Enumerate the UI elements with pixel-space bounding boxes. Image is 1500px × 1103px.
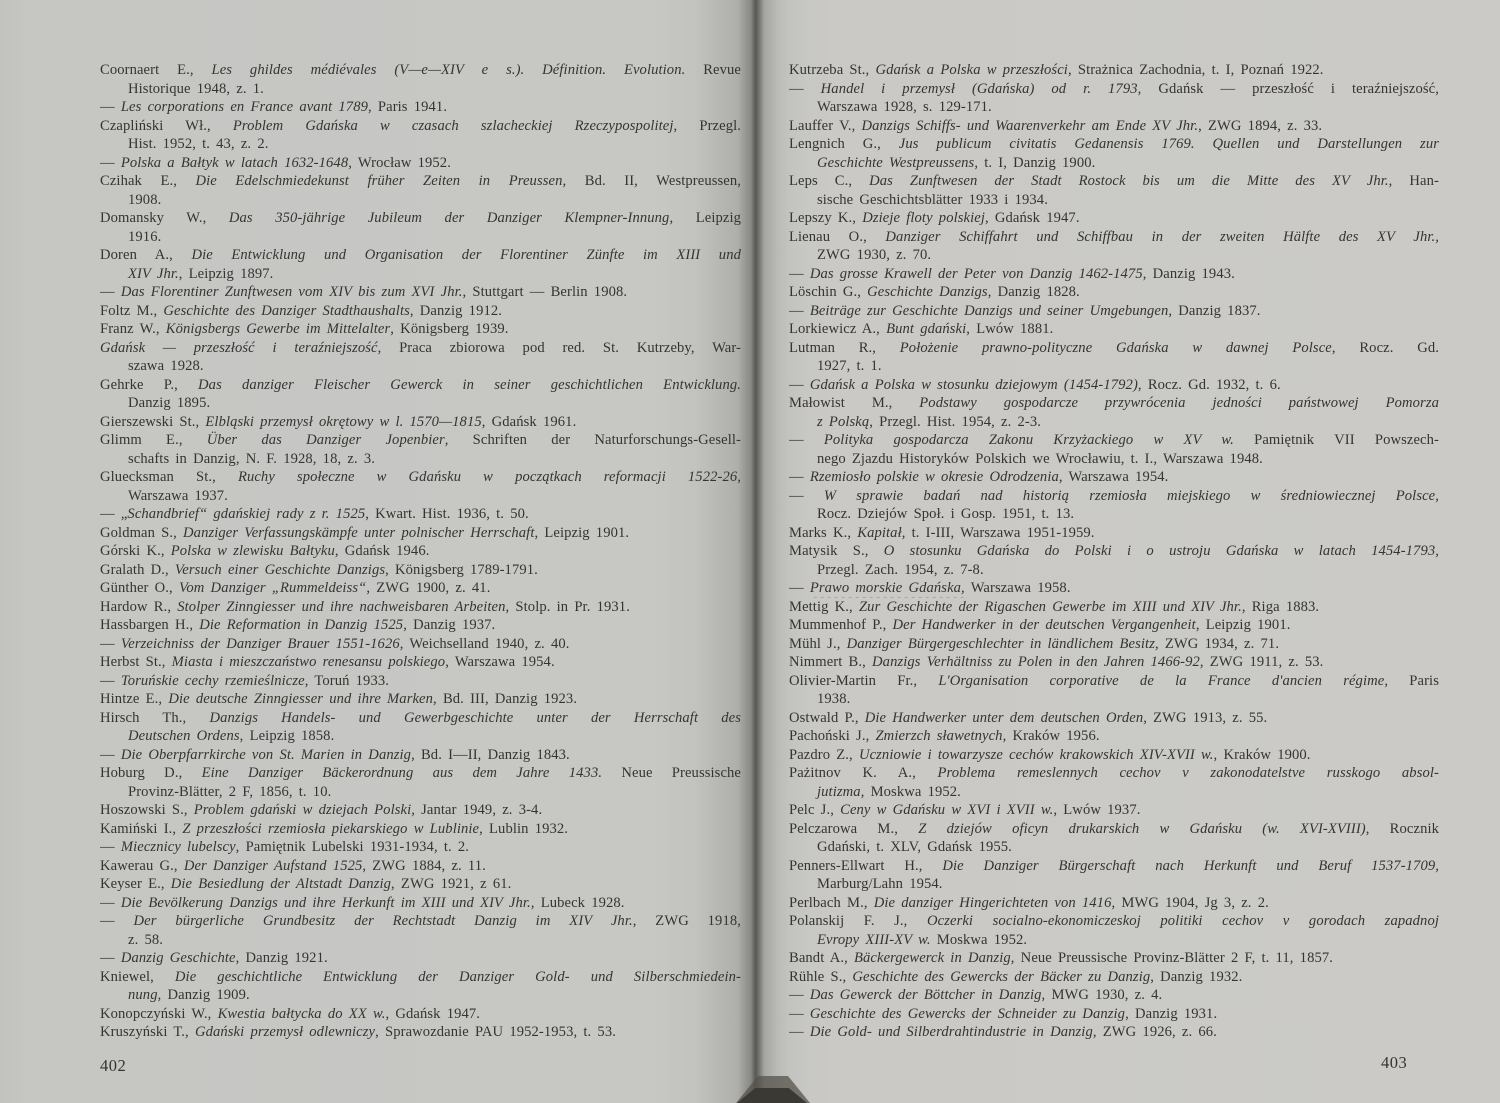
text-roman: Domansky W.,	[100, 210, 229, 226]
text-roman: Konopczyński W.,	[100, 1006, 218, 1022]
text-roman: —	[789, 377, 810, 393]
bib-line: — W sprawie badań nad historią rzemiosła…	[789, 487, 1439, 506]
text-roman: Pelc J.,	[789, 802, 840, 818]
title-italic: Das Zunftwesen der Stadt Rostock bis um …	[869, 173, 1389, 189]
text-roman: , Stolp. in Pr. 1931.	[506, 599, 630, 615]
text-roman: Foltz M.,	[100, 303, 163, 319]
text-roman: , MWG 1904, Jg 3, z. 2.	[1111, 895, 1268, 911]
bib-line: 1908.	[100, 191, 741, 210]
bib-line: Evropy XIII-XV w. Moskwa 1952.	[789, 931, 1439, 950]
text-roman: —	[100, 839, 121, 855]
text-roman: , ZWG 1918,	[633, 913, 741, 929]
text-roman: , ZWG 1921, z 61.	[391, 876, 511, 892]
bib-line: Gdański, t. XLV, Gdańsk 1955.	[789, 838, 1439, 857]
title-italic: Zur Geschichte der Rigaschen Gewerbe im …	[859, 599, 1242, 615]
text-roman: , Kraków 1956.	[1003, 728, 1100, 744]
bib-line: Provinz-Blätter, 2 F, 1856, t. 10.	[100, 783, 741, 802]
title-italic: Vom Danziger „Rummeldeiss“	[179, 580, 366, 596]
text-roman: , ZWG 1884, z. 11.	[362, 858, 486, 874]
bib-line: Ostwald P., Die Handwerker unter dem deu…	[789, 709, 1439, 728]
title-italic: Kwestia bałtycka do XX w.	[218, 1006, 386, 1022]
title-italic: jutizma	[817, 784, 861, 800]
title-italic: L'Organisation corporative de la France …	[938, 673, 1384, 689]
title-italic: Gdańsk a Polska w przeszłości	[875, 62, 1068, 78]
bib-line: Kamiński I., Z przeszłości rzemiosła pie…	[100, 820, 741, 839]
bib-line: — „Schandbrief“ gdańskiej rady z r. 1525…	[100, 505, 741, 524]
text-roman: , Riga 1883.	[1242, 599, 1319, 615]
text-roman: Löschin G.,	[789, 284, 867, 300]
bib-line: — Prawo morskie Gdańska, Warszawa 1958.	[789, 579, 1439, 598]
bib-line: 1938.	[789, 690, 1439, 709]
text-roman: szawa 1928.	[128, 358, 204, 374]
bib-line: Günther O., Vom Danziger „Rummeldeiss“, …	[100, 579, 741, 598]
text-roman: Pazdro Z.,	[789, 747, 859, 763]
bib-line: Glimm E., Über das Danziger Jopenbier, S…	[100, 431, 741, 450]
bib-line: — Verzeichniss der Danziger Brauer 1551-…	[100, 635, 741, 654]
bib-line: Lauffer V., Danzigs Schiffs- und Waarenv…	[789, 117, 1439, 136]
text-roman: , Gdańsk 1947.	[985, 210, 1080, 226]
text-roman: Pachoński J.,	[789, 728, 875, 744]
bib-line: Pachoński J., Zmierzch sławetnych, Krakó…	[789, 727, 1439, 746]
text-roman: , Pamiętnik Lubelski 1931-1934, t. 2.	[236, 839, 469, 855]
title-italic: Evropy XIII-XV w.	[817, 932, 931, 948]
title-italic: Z dziejów oficyn drukarskich w Gdańsku (…	[918, 821, 1366, 837]
text-roman: , Neue Preussische Provinz-Blätter 2 F, …	[1011, 950, 1333, 966]
text-roman: — „	[100, 506, 127, 522]
text-roman: Czapliński Wł.,	[100, 118, 233, 134]
bibliography-column-left: Coornaert E., Les ghildes médiévales (V—…	[100, 61, 741, 1042]
title-italic: Rzemiosło polskie w okresie Odrodzenia	[810, 469, 1059, 485]
title-italic: XIV Jhr.	[128, 266, 179, 282]
text-roman: —	[100, 284, 121, 300]
text-roman: Revue	[703, 62, 741, 78]
text-roman: Rocz. Dziejów Społ. i Gosp. 1951, t. 13.	[817, 506, 1074, 522]
text-roman: , Gdańsk 1947.	[385, 1006, 480, 1022]
title-italic: Uczniowie i towarzysze cechów krakowskic…	[859, 747, 1214, 763]
text-roman: ZWG 1930, z. 70.	[817, 247, 931, 263]
bib-line: Foltz M., Geschichte des Danziger Stadth…	[100, 302, 741, 321]
page-number-left: 402	[100, 1056, 126, 1076]
title-italic: Elbląski przemysł okrętowy w l. 1570—181…	[205, 414, 481, 430]
title-italic: Die Besiedlung der Altstadt Danzig	[171, 876, 391, 892]
text-roman: Danzig 1895.	[128, 395, 210, 411]
text-roman: Neue Preussische	[602, 765, 741, 781]
text-roman: , Sprawozdanie PAU 1952-1953, t. 53.	[375, 1024, 616, 1040]
title-italic: Danzigs Verhältniss zu Polen in den Jahr…	[872, 654, 1200, 670]
text-roman: , Gdańsk — przeszłość i teraźniejszość,	[1138, 81, 1439, 97]
bib-line: Bandt A., Bäckergewerck in Danzig, Neue …	[789, 949, 1439, 968]
text-roman: Marks K.,	[789, 525, 857, 541]
bib-line: Hintze E., Die deutsche Zinngiesser und …	[100, 690, 741, 709]
title-italic: Die danziger Hingerichteten von 1416	[874, 895, 1112, 911]
title-italic: Bäckergewerck in Danzig	[854, 950, 1011, 966]
text-roman: Hoburg D.,	[100, 765, 202, 781]
text-roman: —	[789, 81, 821, 97]
text-roman: Czihak E.,	[100, 173, 196, 189]
text-roman: , Lwów 1937.	[1053, 802, 1140, 818]
text-roman: z. 58.	[128, 932, 163, 948]
title-italic: Danzigs Schiffs- und Waarenverkehr am En…	[861, 118, 1198, 134]
bib-line: nego Zjazdu Historyków Polskich we Wrocł…	[789, 450, 1439, 469]
text-roman: , Danzig 1828.	[988, 284, 1080, 300]
bib-line: — Das Florentiner Zunftwesen vom XIV bis…	[100, 283, 741, 302]
bib-line: Coornaert E., Les ghildes médiévales (V—…	[100, 61, 741, 80]
text-roman: , Praca zbiorowa pod red. St. Kutrzeby, …	[378, 340, 741, 356]
text-roman: , Moskwa 1952.	[861, 784, 961, 800]
title-italic: Geschichte Westpreussens	[817, 155, 974, 171]
title-italic: Das grosse Krawell der Peter von Danzig …	[810, 266, 1143, 282]
title-italic: Schandbrief“ gdańskiej rady z r. 1525	[127, 506, 365, 522]
text-roman: , Leipzig 1858.	[240, 728, 335, 744]
bib-line: XIV Jhr., Leipzig 1897.	[100, 265, 741, 284]
text-roman: 1938.	[817, 691, 850, 707]
text-roman: Matysik S.,	[789, 543, 884, 559]
bib-line: Doren A., Die Entwicklung und Organisati…	[100, 246, 741, 265]
bib-line: Goldman S., Danziger Verfassungskämpfe u…	[100, 524, 741, 543]
text-roman: , Danzig 1937.	[403, 617, 495, 633]
text-roman: , ZWG 1913, z. 55.	[1143, 710, 1267, 726]
text-roman: , t. I, Danzig 1900.	[974, 155, 1095, 171]
text-roman: 1916.	[128, 229, 161, 245]
text-roman: , Danzig 1932.	[1150, 969, 1242, 985]
bib-line: Kutrzeba St., Gdańsk a Polska w przeszło…	[789, 61, 1439, 80]
bib-line: — Der bürgerliche Grundbesitz der Rechts…	[100, 912, 741, 931]
title-italic: Oczerki socialno-ekonomiczeskoj politiki…	[927, 913, 1439, 929]
text-roman: , Kwart. Hist. 1936, t. 50.	[365, 506, 528, 522]
bib-line: Mühl J., Danziger Bürgergeschlechter in …	[789, 635, 1439, 654]
text-roman: Kawerau G.,	[100, 858, 184, 874]
page-number-right: 403	[1381, 1053, 1407, 1073]
bib-line: jutizma, Moskwa 1952.	[789, 783, 1439, 802]
text-roman: Małowist M.,	[789, 395, 919, 411]
text-roman: Moskwa 1952.	[931, 932, 1028, 948]
text-roman: —	[100, 99, 121, 115]
text-roman: , MWG 1930, z. 4.	[1042, 987, 1163, 1003]
bib-line: Lutman R., Położenie prawno-polityczne G…	[789, 339, 1439, 358]
bib-line: — Das grosse Krawell der Peter von Danzi…	[789, 265, 1439, 284]
bib-line: Konopczyński W., Kwestia bałtycka do XX …	[100, 1005, 741, 1024]
text-roman: , Königsberg 1939.	[390, 321, 508, 337]
bib-line: Hirsch Th., Danzigs Handels- und Gewerbg…	[100, 709, 741, 728]
bib-line: z. 58.	[100, 931, 741, 950]
text-roman: Lengnich G.,	[789, 136, 899, 152]
title-italic: Les corporations en France avant 1789	[121, 99, 368, 115]
text-roman: —	[789, 266, 810, 282]
bib-line: Pazdro Z., Uczniowie i towarzysze cechów…	[789, 746, 1439, 765]
text-roman: , ZWG 1894, z. 33.	[1198, 118, 1322, 134]
bib-line: Penners-Ellwart H., Die Danziger Bürgers…	[789, 857, 1439, 876]
bib-line: Gdańsk — przeszłość i teraźniejszość, Pr…	[100, 339, 741, 358]
text-roman: , ZWG 1911, z. 53.	[1200, 654, 1324, 670]
text-roman: Lauffer V.,	[789, 118, 861, 134]
title-italic: Problema remeslennych cechov v zakonodat…	[938, 765, 1440, 781]
text-roman: Kniewel,	[100, 969, 175, 985]
bib-line: Przegl. Zach. 1954, z. 7-8.	[789, 561, 1439, 580]
text-roman: Gdański, t. XLV, Gdańsk 1955.	[817, 839, 1012, 855]
bib-line: Małowist M., Podstawy gospodarcze przywr…	[789, 394, 1439, 413]
text-roman: , Leipzig	[669, 210, 741, 226]
bib-line: z Polską, Przegl. Hist. 1954, z. 2-3.	[789, 413, 1439, 432]
title-italic: Polityka gospodarcza Zakonu Krzyżackiego…	[824, 432, 1234, 448]
bib-line: Kawerau G., Der Danziger Aufstand 1525, …	[100, 857, 741, 876]
title-italic: Położenie prawno-polityczne Gdańska w da…	[900, 340, 1332, 356]
title-italic: Geschichte Danzigs	[867, 284, 988, 300]
bib-line: — Polska a Bałtyk w latach 1632-1648, Wr…	[100, 154, 741, 173]
bib-line: — Danzig Geschichte, Danzig 1921.	[100, 949, 741, 968]
title-italic: Podstawy gospodarcze przywrócenia jednoś…	[919, 395, 1439, 411]
bib-line: Deutschen Ordens, Leipzig 1858.	[100, 727, 741, 746]
text-roman: Kruszyński T.,	[100, 1024, 195, 1040]
title-underlined: Prawo morskie Gdańska,	[810, 580, 965, 596]
text-roman: Ostwald P.,	[789, 710, 865, 726]
text-roman: —	[789, 303, 810, 319]
title-italic: Die Entwicklung und Organisation der Flo…	[191, 247, 741, 263]
bib-line: Hoburg D., Eine Danziger Bäckerordnung a…	[100, 764, 741, 783]
text-roman: , Rocznik	[1366, 821, 1439, 837]
text-roman: Mettig K.,	[789, 599, 859, 615]
title-italic: Danzig Geschichte	[121, 950, 236, 966]
bib-line: Pażitnov K. A., Problema remeslennych ce…	[789, 764, 1439, 783]
text-roman: , Przegl.	[674, 118, 741, 134]
title-italic: Verzeichniss der Danziger Brauer 1551-16…	[121, 636, 400, 652]
bib-line: Mettig K., Zur Geschichte der Rigaschen …	[789, 598, 1439, 617]
text-roman: , Lwów 1881.	[966, 321, 1053, 337]
title-italic: Die Reformation in Danzig 1525	[199, 617, 403, 633]
text-roman: , ZWG 1934, z. 71.	[1155, 636, 1279, 652]
text-roman: , Rocz. Gd. 1932, t. 6.	[1138, 377, 1281, 393]
text-roman: 1927, t. 1.	[817, 358, 882, 374]
text-roman: Doren A.,	[100, 247, 191, 263]
title-italic: Gdańsk a Polska w stosunku dziejowym (14…	[810, 377, 1138, 393]
text-roman: , Wrocław 1952.	[348, 155, 451, 171]
title-italic: Danzigs Handels- und Gewerbgeschichte un…	[209, 710, 741, 726]
bib-line: szawa 1928.	[100, 357, 741, 376]
bib-line: Marks K., Kapitał, t. I-III, Warszawa 19…	[789, 524, 1439, 543]
bib-line: Rocz. Dziejów Społ. i Gosp. 1951, t. 13.	[789, 505, 1439, 524]
bib-line: Czapliński Wł., Problem Gdańska w czasac…	[100, 117, 741, 136]
text-roman: , Gdańsk 1961.	[482, 414, 577, 430]
bib-line: Mummenhof P., Der Handwerker in der deut…	[789, 616, 1439, 635]
bib-line: Nimmert B., Danzigs Verhältniss zu Polen…	[789, 653, 1439, 672]
bib-line: Geschichte Westpreussens, t. I, Danzig 1…	[789, 154, 1439, 173]
bib-line: Hoszowski S., Problem gdański w dziejach…	[100, 801, 741, 820]
bib-line: — Die Gold- und Silberdrahtindustrie in …	[789, 1023, 1439, 1042]
bib-line: Löschin G., Geschichte Danzigs, Danzig 1…	[789, 283, 1439, 302]
text-roman: Kamiński I.,	[100, 821, 182, 837]
text-roman: Warszawa 1928, s. 129-171.	[817, 99, 992, 115]
text-roman: Rühle S.,	[789, 969, 852, 985]
title-italic: Die geschichtliche Entwicklung der Danzi…	[175, 969, 741, 985]
text-roman: , Warszawa 1954.	[445, 654, 555, 670]
bib-line: Olivier-Martin Fr., L'Organisation corpo…	[789, 672, 1439, 691]
text-roman: Pelczarowa M.,	[789, 821, 918, 837]
bib-line: Górski K., Polska w zlewisku Bałtyku, Gd…	[100, 542, 741, 561]
title-italic: Toruńskie cechy rzemieślnicze	[121, 673, 305, 689]
title-italic: Geschichte des Gewercks der Bäcker zu Da…	[852, 969, 1150, 985]
text-roman: , Danzig 1912.	[410, 303, 502, 319]
text-roman: Hirsch Th.,	[100, 710, 209, 726]
title-italic: Die Oberpfarrkirche von St. Marien in Da…	[121, 747, 411, 763]
title-italic: Problem gdański w dziejach Polski	[194, 802, 411, 818]
text-roman: Hintze E.,	[100, 691, 168, 707]
title-italic: Gdański przemysł odlewniczy	[195, 1024, 375, 1040]
title-italic: Eine Danziger Bäckerordnung aus dem Jahr…	[202, 765, 603, 781]
text-roman: , Strażnica Zachodnia, t. I, Poznań 1922…	[1068, 62, 1324, 78]
title-italic: Miasta i mieszczaństwo renesansu polskie…	[172, 654, 446, 670]
text-roman: Glimm E.,	[100, 432, 207, 448]
text-roman: , Bd. III, Danzig 1923.	[433, 691, 577, 707]
bib-line: Kniewel, Die geschichtliche Entwicklung …	[100, 968, 741, 987]
text-roman: Gralath D.,	[100, 562, 175, 578]
bib-line: Lepszy K., Dzieje floty polskiej, Gdańsk…	[789, 209, 1439, 228]
text-roman: —	[100, 673, 121, 689]
text-roman: , Schriften der Naturforschungs-Gesell-	[445, 432, 741, 448]
text-roman: —	[789, 488, 824, 504]
bib-line: Marburg/Lahn 1954.	[789, 875, 1439, 894]
text-roman: Przegl. Zach. 1954, z. 7-8.	[817, 562, 984, 578]
text-roman: , Toruń 1933.	[305, 673, 389, 689]
title-italic: Dzieje floty polskiej	[862, 210, 985, 226]
title-italic: Z przeszłości rzemiosła piekarskiego w L…	[182, 821, 479, 837]
text-roman: —	[789, 1024, 810, 1040]
text-roman: , Paris	[1384, 673, 1439, 689]
title-italic: Über das Danziger Jopenbier	[207, 432, 445, 448]
text-roman: Herbst St.,	[100, 654, 172, 670]
text-roman: Górski K.,	[100, 543, 171, 559]
text-roman: , Danzig 1909.	[158, 987, 250, 1003]
text-roman: —	[789, 987, 810, 1003]
title-italic: z Polską	[817, 414, 869, 430]
text-roman: , Przegl. Hist. 1954, z. 2-3.	[869, 414, 1041, 430]
text-roman: schafts in Danzig, N. F. 1928, 18, z. 3.	[128, 451, 375, 467]
bib-line: — Handel i przemysł (Gdańska) od r. 1793…	[789, 80, 1439, 99]
text-roman: Provinz-Blätter, 2 F, 1856, t. 10.	[128, 784, 331, 800]
title-italic: Versuch einer Geschichte Danzigs	[175, 562, 385, 578]
bib-line: — Les corporations en France avant 1789,…	[100, 98, 741, 117]
text-roman: Hist. 1952, t. 43, z. 2.	[128, 136, 268, 152]
bib-line: Polanskij F. J., Oczerki socialno-ekonom…	[789, 912, 1439, 931]
text-roman: Franz W.,	[100, 321, 166, 337]
text-roman: —	[789, 1006, 810, 1022]
title-italic: Der Handwerker in der deutschen Vergange…	[893, 617, 1196, 633]
text-roman: , Danzig 1931.	[1125, 1006, 1217, 1022]
text-roman: —	[789, 580, 810, 596]
title-italic: Die Handwerker unter dem deutschen Orden	[865, 710, 1144, 726]
bib-line: ZWG 1930, z. 70.	[789, 246, 1439, 265]
title-italic: Kapitał	[857, 525, 902, 541]
text-roman: sische Geschichtsblätter 1933 i 1934.	[817, 192, 1048, 208]
bib-line: Domansky W., Das 350-jährige Jubileum de…	[100, 209, 741, 228]
title-italic: Geschichte des Danziger Stadthaushalts	[163, 303, 410, 319]
text-roman: Warszawa 1937.	[128, 488, 228, 504]
title-italic: Geschichte des Gewercks der Schneider zu…	[810, 1006, 1125, 1022]
text-roman: —	[100, 913, 134, 929]
text-roman: Warszawa 1958.	[965, 580, 1071, 596]
text-roman: Bandt A.,	[789, 950, 854, 966]
text-roman: —	[100, 895, 121, 911]
text-roman: Pażitnov K. A.,	[789, 765, 938, 781]
bib-line: Gluecksman St., Ruchy społeczne w Gdańsk…	[100, 468, 741, 487]
title-italic: Danziger Verfassungskämpfe unter polnisc…	[183, 525, 534, 541]
bib-line: 1927, t. 1.	[789, 357, 1439, 376]
bib-line: Lorkiewicz A., Bunt gdański, Lwów 1881.	[789, 320, 1439, 339]
text-roman: , Han-	[1389, 173, 1439, 189]
text-roman: , Königsberg 1789-1791.	[385, 562, 538, 578]
bib-line: — Rzemiosło polskie w okresie Odrodzenia…	[789, 468, 1439, 487]
title-italic: Der Danziger Aufstand 1525	[184, 858, 363, 874]
text-roman: Kutrzeba St.,	[789, 62, 875, 78]
bib-line: Historique 1948, z. 1.	[100, 80, 741, 99]
text-roman: 1908.	[128, 192, 161, 208]
bib-line: sische Geschichtsblätter 1933 i 1934.	[789, 191, 1439, 210]
title-italic: Das 350-jährige Jubileum der Danziger Kl…	[229, 210, 670, 226]
bibliography-column-right: Kutrzeba St., Gdańsk a Polska w przeszło…	[789, 61, 1439, 1042]
title-italic: nung	[128, 987, 158, 1003]
title-italic: Zmierzch sławetnych	[875, 728, 1002, 744]
bib-line: — Die Oberpfarrkirche von St. Marien in …	[100, 746, 741, 765]
text-roman: , Leipzig 1897.	[179, 266, 274, 282]
bib-line: Gehrke P., Das danziger Fleischer Gewerc…	[100, 376, 741, 395]
bib-line: — Polityka gospodarcza Zakonu Krzyżackie…	[789, 431, 1439, 450]
bib-line: Hardow R., Stolper Zinngiesser und ihre …	[100, 598, 741, 617]
text-roman: , Lublin 1932.	[479, 821, 568, 837]
title-italic: W sprawie badań nad historią rzemiosła m…	[824, 488, 1439, 504]
title-italic: Die deutsche Zinngiesser und ihre Marken	[168, 691, 433, 707]
text-roman: , Kraków 1900.	[1214, 747, 1311, 763]
text-roman: , Lubeck 1928.	[531, 895, 625, 911]
text-roman: Gluecksman St.,	[100, 469, 238, 485]
bib-line: — Toruńskie cechy rzemieślnicze, Toruń 1…	[100, 672, 741, 691]
title-italic: Danziger Bürgergeschlechter in ländliche…	[847, 636, 1155, 652]
text-roman: Lorkiewicz A.,	[789, 321, 886, 337]
text-roman: Leps C.,	[789, 173, 869, 189]
bib-line: — Miecznicy lubelscy, Pamiętnik Lubelski…	[100, 838, 741, 857]
text-roman: Gierszewski St.,	[100, 414, 205, 430]
text-roman: , Danzig 1921.	[236, 950, 328, 966]
text-roman: nego Zjazdu Historyków Polskich we Wrocł…	[817, 451, 1263, 467]
text-roman: , Bd. II, Westpreussen,	[562, 173, 741, 189]
bib-line: Perlbach M., Die danziger Hingerichteten…	[789, 894, 1439, 913]
text-roman: Lepszy K.,	[789, 210, 862, 226]
text-roman: Lutman R.,	[789, 340, 900, 356]
title-italic: Die Gold- und Silberdrahtindustrie in Da…	[810, 1024, 1093, 1040]
text-roman: , Leipzig 1901.	[534, 525, 629, 541]
title-italic: Polska w zlewisku Bałtyku	[171, 543, 335, 559]
bib-line: Warszawa 1928, s. 129-171.	[789, 98, 1439, 117]
bib-line: Hassbargen H., Die Reformation in Danzig…	[100, 616, 741, 635]
title-italic: Jus publicum civitatis Gedanensis 1769. …	[899, 136, 1439, 152]
text-roman: —	[100, 636, 121, 652]
bib-line: Matysik S., O stosunku Gdańska do Polski…	[789, 542, 1439, 561]
text-roman: Perlbach M.,	[789, 895, 874, 911]
text-roman: Gehrke P.,	[100, 377, 198, 393]
bib-line: Kruszyński T., Gdański przemysł odlewnic…	[100, 1023, 741, 1042]
text-roman: , ZWG 1900, z. 41.	[366, 580, 490, 596]
title-italic: O stosunku Gdańska do Polski i o ustroju…	[884, 543, 1439, 559]
text-roman: , Rocz. Gd.	[1332, 340, 1439, 356]
text-roman: —	[100, 155, 121, 171]
bib-line: Pelc J., Ceny w Gdańsku w XVI i XVII w.,…	[789, 801, 1439, 820]
title-italic: Problem Gdańska w czasach szlacheckiej R…	[233, 118, 674, 134]
text-roman: , Warszawa 1954.	[1059, 469, 1169, 485]
bib-line: Lengnich G., Jus publicum civitatis Geda…	[789, 135, 1439, 154]
text-roman: Lienau O.,	[789, 229, 885, 245]
bib-line: Rühle S., Geschichte des Gewercks der Bä…	[789, 968, 1439, 987]
title-italic: Stolper Zinngiesser und ihre nachweisbar…	[177, 599, 505, 615]
text-roman: Hassbargen H.,	[100, 617, 199, 633]
text-roman: , Bd. I—II, Danzig 1843.	[411, 747, 570, 763]
title-italic: Deutschen Ordens	[128, 728, 240, 744]
